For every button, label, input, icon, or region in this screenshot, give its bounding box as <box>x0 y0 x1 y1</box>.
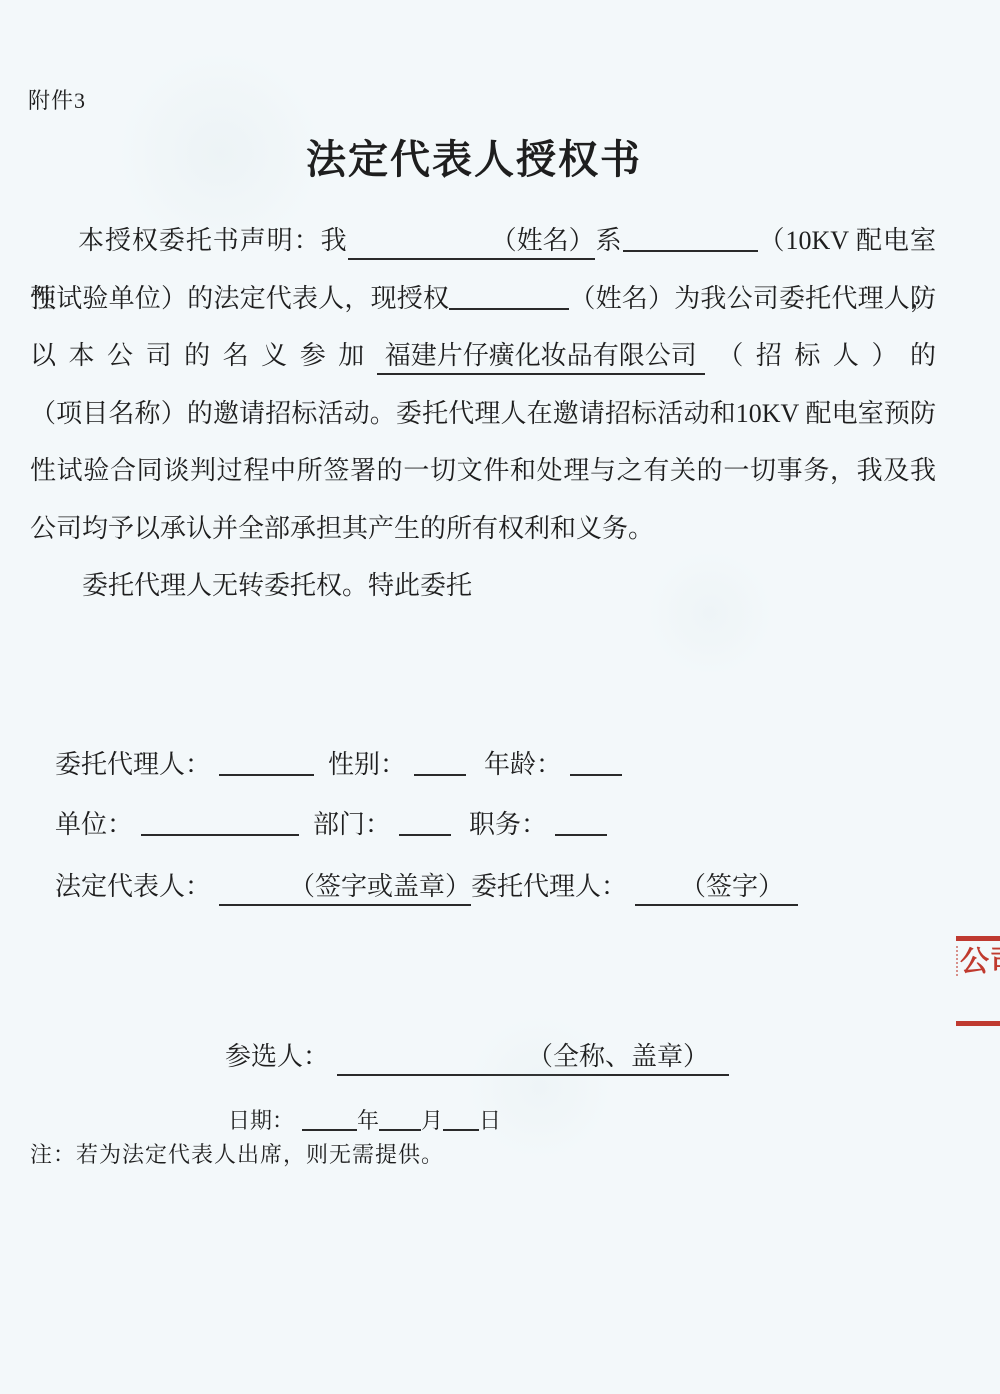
form-row-signatures: 法定代表人：（签字或盖章）委托代理人：（签字） <box>55 866 798 906</box>
blank-line <box>635 892 680 895</box>
day-label: 日 <box>479 1108 501 1133</box>
form-row-participant: 参选人：（全称、盖章） <box>225 1036 729 1076</box>
sign-or-seal-hint: （签字或盖章） <box>289 872 471 901</box>
para1-line2: 性试验单位）的法定代表人，现授权（姓名）为我公司委托代理人， <box>30 270 936 328</box>
para1-line1: 本授权委托书声明：我（姓名）系（10KV 配电室预防 <box>30 212 936 270</box>
form-row-agent: 委托代理人：性别：年龄： <box>55 748 622 782</box>
agent-signature-blank: （签字） <box>635 866 798 906</box>
para1-line2-text-b: 为我公司委托代理人， <box>674 284 936 313</box>
authorization-body: 本授权委托书声明：我（姓名）系（10KV 配电室预防 性试验单位）的法定代表人，… <box>30 212 936 615</box>
agent2-label: 委托代理人： <box>471 872 627 901</box>
form-row-date: 日期：年月日 <box>228 1106 501 1136</box>
day-blank-line <box>443 1126 479 1131</box>
legal-rep-signature-blank: （签字或盖章） <box>219 866 471 906</box>
age-blank-line <box>570 771 622 776</box>
para1-line2-text-a: 性试验单位）的法定代表人，现授权 <box>30 284 449 313</box>
participant-name-blank: （全称、盖章） <box>337 1036 729 1076</box>
attachment-label: 附件3 <box>28 84 86 115</box>
gender-label: 性别： <box>328 750 406 779</box>
para1-line6: 公司均予以承认并全部承担其产生的所有权利和义务。 <box>30 500 936 558</box>
para1-line3: 以本公司的名义参加福建片仔癀化妆品有限公司（招标人）的 <box>30 327 936 385</box>
seal-text: 公司 <box>956 946 1000 976</box>
para2-line: 委托代理人无转委托权。特此委托 <box>30 557 936 615</box>
tenderee-company-name: 福建片仔癀化妆品有限公司 <box>377 335 705 375</box>
legal-rep-label: 法定代表人： <box>55 872 211 901</box>
department-blank-line <box>399 831 451 836</box>
gender-blank-line <box>414 771 466 776</box>
month-label: 月 <box>421 1108 443 1133</box>
month-blank-line <box>379 1126 421 1131</box>
unit-blank-line <box>141 831 299 836</box>
document-page: 附件3 法定代表人授权书 本授权委托书声明：我（姓名）系（10KV 配电室预防 … <box>0 0 1000 1394</box>
para1-line3-text-b: （招标人）的 <box>705 341 936 370</box>
para1-line1-text-a: 本授权委托书声明：我 <box>78 226 348 255</box>
year-blank-line <box>302 1126 357 1131</box>
name-hint-label-2: （姓名） <box>569 284 674 313</box>
blank-line <box>219 892 289 895</box>
full-name-seal-hint: （全称、盖章） <box>527 1042 709 1071</box>
form-row-unit: 单位：部门：职务： <box>55 808 607 842</box>
company-blank-line <box>623 247 758 252</box>
agent-label: 委托代理人： <box>55 750 211 779</box>
para1-line1-text-b: 系 <box>595 226 623 255</box>
unit-label: 单位： <box>55 810 133 839</box>
date-label: 日期： <box>228 1108 294 1133</box>
footnote: 注：若为法定代表人出席，则无需提供。 <box>30 1138 444 1169</box>
department-label: 部门： <box>313 810 391 839</box>
principal-name-blank: （姓名） <box>348 220 595 260</box>
page-title: 法定代表人授权书 <box>0 128 948 185</box>
para1-line4: （项目名称）的邀请招标活动。委托代理人在邀请招标活动和10KV 配电室预防 <box>30 385 936 443</box>
para1-line5: 性试验合同谈判过程中所签署的一切文件和处理与之有关的一切事务，我及我 <box>30 442 936 500</box>
agent-name-blank-line <box>449 305 569 310</box>
name-hint-label: （姓名） <box>491 226 595 255</box>
blank-line <box>396 246 491 249</box>
sign-hint: （签字） <box>680 872 784 901</box>
position-label: 职务： <box>469 810 547 839</box>
agent-blank-line <box>219 771 314 776</box>
year-label: 年 <box>357 1108 379 1133</box>
age-label: 年龄： <box>484 750 562 779</box>
participant-label: 参选人： <box>225 1042 329 1071</box>
position-blank-line <box>555 831 607 836</box>
company-seal-stamp: 公司 <box>956 936 1000 1026</box>
blank-line <box>337 1062 527 1065</box>
para1-line3-text-a: 以本公司的名义参加 <box>30 341 377 370</box>
